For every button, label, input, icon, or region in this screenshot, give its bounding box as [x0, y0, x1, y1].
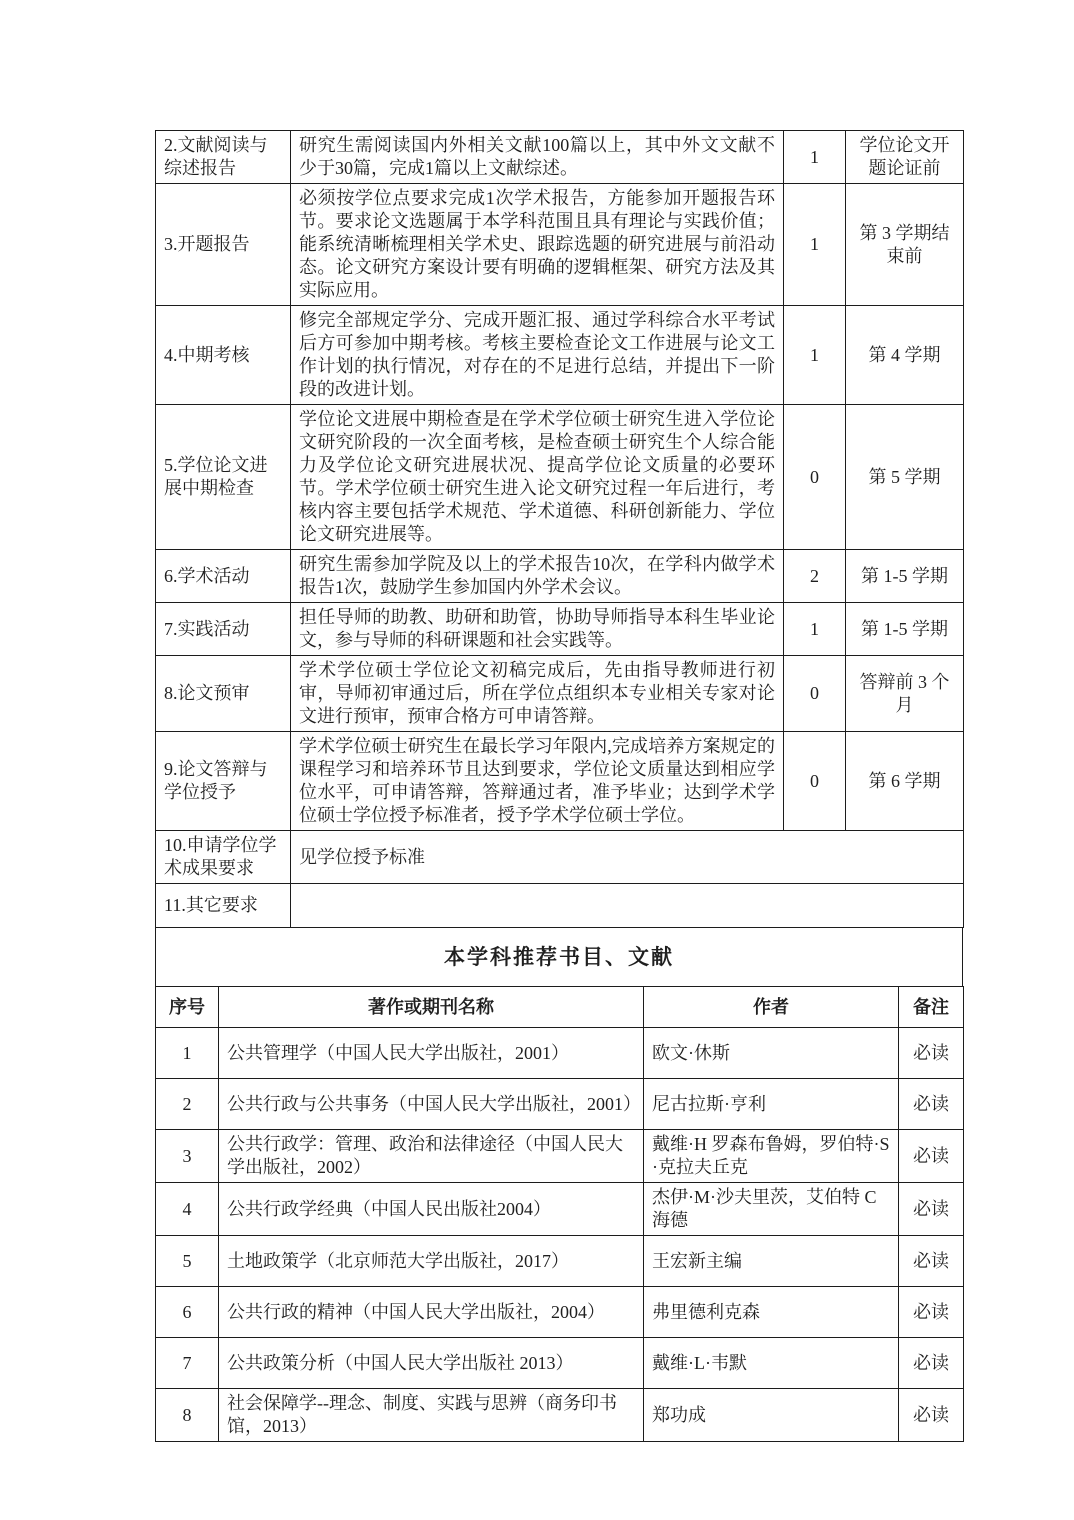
training-row-count: 0: [784, 405, 846, 550]
book-title: 公共行政学：管理、政治和法律途径（中国人民大学出版社，2002）: [219, 1130, 644, 1183]
header-note: 备注: [899, 987, 964, 1028]
book-note: 必读: [899, 1028, 964, 1079]
table-row: 3.开题报告 必须按学位点要求完成1次学术报告，方能参加开题报告环节。要求论文选…: [156, 184, 964, 306]
book-title: 社会保障学--理念、制度、实践与思辨（商务印书馆，2013）: [219, 1389, 644, 1442]
training-row-timing: 第 1-5 学期: [846, 550, 964, 603]
section-title: 本学科推荐书目、文献: [155, 927, 963, 987]
table-row: 1 公共管理学（中国人民大学出版社，2001） 欧文·休斯 必读: [156, 1028, 964, 1079]
table-row: 6.学术活动 研究生需参加学院及以上的学术报告10次，在学科内做学术报告1次，鼓…: [156, 550, 964, 603]
training-row-timing: 答辩前 3 个月: [846, 656, 964, 732]
training-row-count: 2: [784, 550, 846, 603]
recommended-books-table: 序号 著作或期刊名称 作者 备注 1 公共管理学（中国人民大学出版社，2001）…: [155, 986, 964, 1442]
book-note: 必读: [899, 1130, 964, 1183]
training-row-count: 0: [784, 732, 846, 831]
book-no: 5: [156, 1236, 219, 1287]
book-author: 王宏新主编: [644, 1236, 899, 1287]
table-row: 11.其它要求: [156, 884, 964, 928]
book-author: 戴维·L·韦默: [644, 1338, 899, 1389]
training-row-label: 7.实践活动: [156, 603, 291, 656]
book-no: 3: [156, 1130, 219, 1183]
training-row-content: [291, 884, 964, 928]
book-title: 公共政策分析（中国人民大学出版社 2013）: [219, 1338, 644, 1389]
book-title: 公共行政的精神（中国人民大学出版社，2004）: [219, 1287, 644, 1338]
training-row-label: 3.开题报告: [156, 184, 291, 306]
book-note: 必读: [899, 1287, 964, 1338]
training-row-description: 研究生需参加学院及以上的学术报告10次，在学科内做学术报告1次，鼓励学生参加国内…: [291, 550, 784, 603]
table-row: 5 土地政策学（北京师范大学出版社，2017） 王宏新主编 必读: [156, 1236, 964, 1287]
header-title: 著作或期刊名称: [219, 987, 644, 1028]
training-row-label: 6.学术活动: [156, 550, 291, 603]
table-row: 9.论文答辩与学位授予 学术学位硕士研究生在最长学习年限内,完成培养方案规定的课…: [156, 732, 964, 831]
training-row-timing: 第 6 学期: [846, 732, 964, 831]
book-author: 戴维·H 罗森布鲁姆，罗伯特·S·克拉夫丘克: [644, 1130, 899, 1183]
training-row-timing: 第 4 学期: [846, 306, 964, 405]
book-no: 2: [156, 1079, 219, 1130]
book-no: 1: [156, 1028, 219, 1079]
table-row: 4 公共行政学经典（中国人民出版社2004） 杰伊·M·沙夫里茨，艾伯特 C 海…: [156, 1183, 964, 1236]
training-row-timing: 第 1-5 学期: [846, 603, 964, 656]
book-note: 必读: [899, 1183, 964, 1236]
table-row: 10.申请学位学术成果要求 见学位授予标准: [156, 831, 964, 884]
book-no: 8: [156, 1389, 219, 1442]
training-row-label: 8.论文预审: [156, 656, 291, 732]
table-row: 7.实践活动 担任导师的助教、助研和助管，协助导师指导本科生毕业论文，参与导师的…: [156, 603, 964, 656]
table-row: 2.文献阅读与综述报告 研究生需阅读国内外相关文献100篇以上，其中外文文献不少…: [156, 131, 964, 184]
training-row-timing: 第 5 学期: [846, 405, 964, 550]
training-row-label: 10.申请学位学术成果要求: [156, 831, 291, 884]
book-title: 公共行政学经典（中国人民出版社2004）: [219, 1183, 644, 1236]
training-row-count: 1: [784, 184, 846, 306]
book-no: 4: [156, 1183, 219, 1236]
book-author: 弗里德利克森: [644, 1287, 899, 1338]
table-row: 2 公共行政与公共事务（中国人民大学出版社，2001） 尼古拉斯·亨利 必读: [156, 1079, 964, 1130]
book-author: 尼古拉斯·亨利: [644, 1079, 899, 1130]
training-row-description: 修完全部规定学分、完成开题汇报、通过学科综合水平考试后方可参加中期考核。考核主要…: [291, 306, 784, 405]
training-row-description: 学术学位硕士研究生在最长学习年限内,完成培养方案规定的课程学习和培养环节且达到要…: [291, 732, 784, 831]
book-title: 公共管理学（中国人民大学出版社，2001）: [219, 1028, 644, 1079]
book-author: 郑功成: [644, 1389, 899, 1442]
training-row-label: 4.中期考核: [156, 306, 291, 405]
training-requirements-table: 2.文献阅读与综述报告 研究生需阅读国内外相关文献100篇以上，其中外文文献不少…: [155, 130, 964, 928]
book-title: 土地政策学（北京师范大学出版社，2017）: [219, 1236, 644, 1287]
training-row-description: 担任导师的助教、助研和助管，协助导师指导本科生毕业论文，参与导师的科研课题和社会…: [291, 603, 784, 656]
document-page: 2.文献阅读与综述报告 研究生需阅读国内外相关文献100篇以上，其中外文文献不少…: [155, 130, 963, 1442]
table-row: 8 社会保障学--理念、制度、实践与思辨（商务印书馆，2013） 郑功成 必读: [156, 1389, 964, 1442]
table-row: 3 公共行政学：管理、政治和法律途径（中国人民大学出版社，2002） 戴维·H …: [156, 1130, 964, 1183]
book-note: 必读: [899, 1389, 964, 1442]
training-row-label: 9.论文答辩与学位授予: [156, 732, 291, 831]
book-note: 必读: [899, 1079, 964, 1130]
training-row-count: 1: [784, 306, 846, 405]
book-no: 6: [156, 1287, 219, 1338]
table-row: 8.论文预审 学术学位硕士学位论文初稿完成后，先由指导教师进行初审，导师初审通过…: [156, 656, 964, 732]
book-note: 必读: [899, 1236, 964, 1287]
training-row-description: 必须按学位点要求完成1次学术报告，方能参加开题报告环节。要求论文选题属于本学科范…: [291, 184, 784, 306]
table-row: 6 公共行政的精神（中国人民大学出版社，2004） 弗里德利克森 必读: [156, 1287, 964, 1338]
header-no: 序号: [156, 987, 219, 1028]
training-row-count: 0: [784, 656, 846, 732]
training-row-timing: 第 3 学期结束前: [846, 184, 964, 306]
book-no: 7: [156, 1338, 219, 1389]
book-title: 公共行政与公共事务（中国人民大学出版社，2001）: [219, 1079, 644, 1130]
training-row-description: 学位论文进展中期检查是在学术学位硕士研究生进入学位论文研究阶段的一次全面考核，是…: [291, 405, 784, 550]
training-row-label: 2.文献阅读与综述报告: [156, 131, 291, 184]
table-header-row: 序号 著作或期刊名称 作者 备注: [156, 987, 964, 1028]
book-author: 杰伊·M·沙夫里茨，艾伯特 C 海德: [644, 1183, 899, 1236]
training-row-count: 1: [784, 603, 846, 656]
book-note: 必读: [899, 1338, 964, 1389]
training-row-count: 1: [784, 131, 846, 184]
table-row: 4.中期考核 修完全部规定学分、完成开题汇报、通过学科综合水平考试后方可参加中期…: [156, 306, 964, 405]
training-row-label: 5.学位论文进展中期检查: [156, 405, 291, 550]
header-author: 作者: [644, 987, 899, 1028]
training-row-description: 学术学位硕士学位论文初稿完成后，先由指导教师进行初审，导师初审通过后，所在学位点…: [291, 656, 784, 732]
training-row-description: 研究生需阅读国内外相关文献100篇以上，其中外文文献不少于30篇，完成1篇以上文…: [291, 131, 784, 184]
training-row-label: 11.其它要求: [156, 884, 291, 928]
table-row: 5.学位论文进展中期检查 学位论文进展中期检查是在学术学位硕士研究生进入学位论文…: [156, 405, 964, 550]
training-row-content: 见学位授予标准: [291, 831, 964, 884]
book-author: 欧文·休斯: [644, 1028, 899, 1079]
table-row: 7 公共政策分析（中国人民大学出版社 2013） 戴维·L·韦默 必读: [156, 1338, 964, 1389]
training-row-timing: 学位论文开题论证前: [846, 131, 964, 184]
